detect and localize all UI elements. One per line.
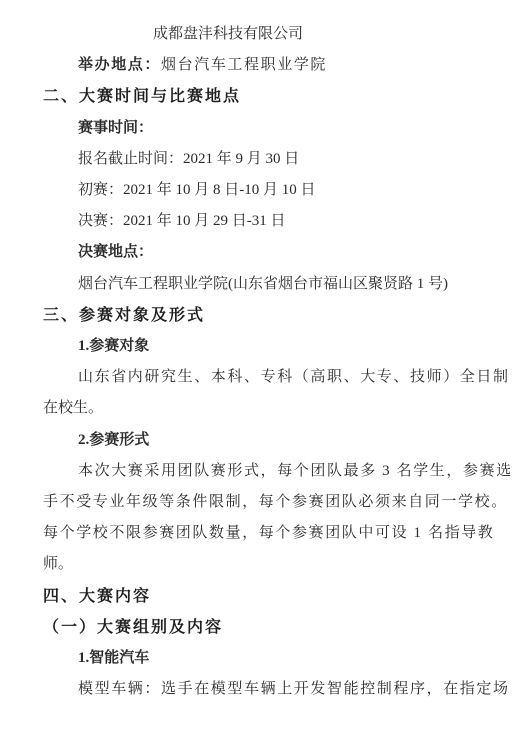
final-venue-address: 烟台汽车工程职业学院(山东省烟台市福山区聚贤路 1 号) <box>43 269 501 300</box>
participants-text-line-2: 在校生。 <box>43 393 501 424</box>
document-page: 成都盘沣科技有限公司 举办地点：烟台汽车工程职业学院 二、大赛时间与比赛地点 赛… <box>0 0 529 747</box>
final-round-line: 决赛：2021 年 10 月 29 日-31 日 <box>43 206 501 237</box>
organizer-company-name: 成都盘沣科技有限公司 <box>43 19 501 50</box>
smart-car-text-line-1: 模型车辆：选手在模型车辆上开发智能控制程序，在指定场 <box>43 674 501 705</box>
format-text-line-3: 每个学校不限参赛团队数量，每个参赛团队中可设 1 名指导教 <box>43 518 501 549</box>
host-location-value: 烟台汽车工程职业学院 <box>161 57 327 73</box>
group-subheading: （一）大赛组别及内容 <box>43 612 501 643</box>
section-4-heading: 四、大赛内容 <box>43 581 501 612</box>
participants-text-line-1: 山东省内研究生、本科、专科（高职、大专、技师）全日制 <box>43 362 501 393</box>
document-body: 成都盘沣科技有限公司 举办地点：烟台汽车工程职业学院 二、大赛时间与比赛地点 赛… <box>0 0 529 705</box>
final-venue-label: 决赛地点： <box>43 237 501 268</box>
host-location-line: 举办地点：烟台汽车工程职业学院 <box>43 50 501 81</box>
smart-car-subheading: 1.智能汽车 <box>43 643 501 674</box>
host-location-label: 举办地点： <box>78 57 161 73</box>
participants-subheading: 1.参赛对象 <box>43 331 501 362</box>
section-2-heading: 二、大赛时间与比赛地点 <box>43 81 501 112</box>
preliminary-round-line: 初赛：2021 年 10 月 8 日-10 月 10 日 <box>43 175 501 206</box>
format-text-line-2: 手不受专业年级等条件限制，每个参赛团队必须来自同一学校。 <box>43 487 501 518</box>
event-time-label: 赛事时间： <box>43 113 501 144</box>
format-text-line-1: 本次大赛采用团队赛形式，每个团队最多 3 名学生，参赛选 <box>43 456 501 487</box>
section-3-heading: 三、参赛对象及形式 <box>43 300 501 331</box>
format-subheading: 2.参赛形式 <box>43 425 501 456</box>
registration-deadline-line: 报名截止时间：2021 年 9 月 30 日 <box>43 144 501 175</box>
format-text-line-4: 师。 <box>43 549 501 580</box>
